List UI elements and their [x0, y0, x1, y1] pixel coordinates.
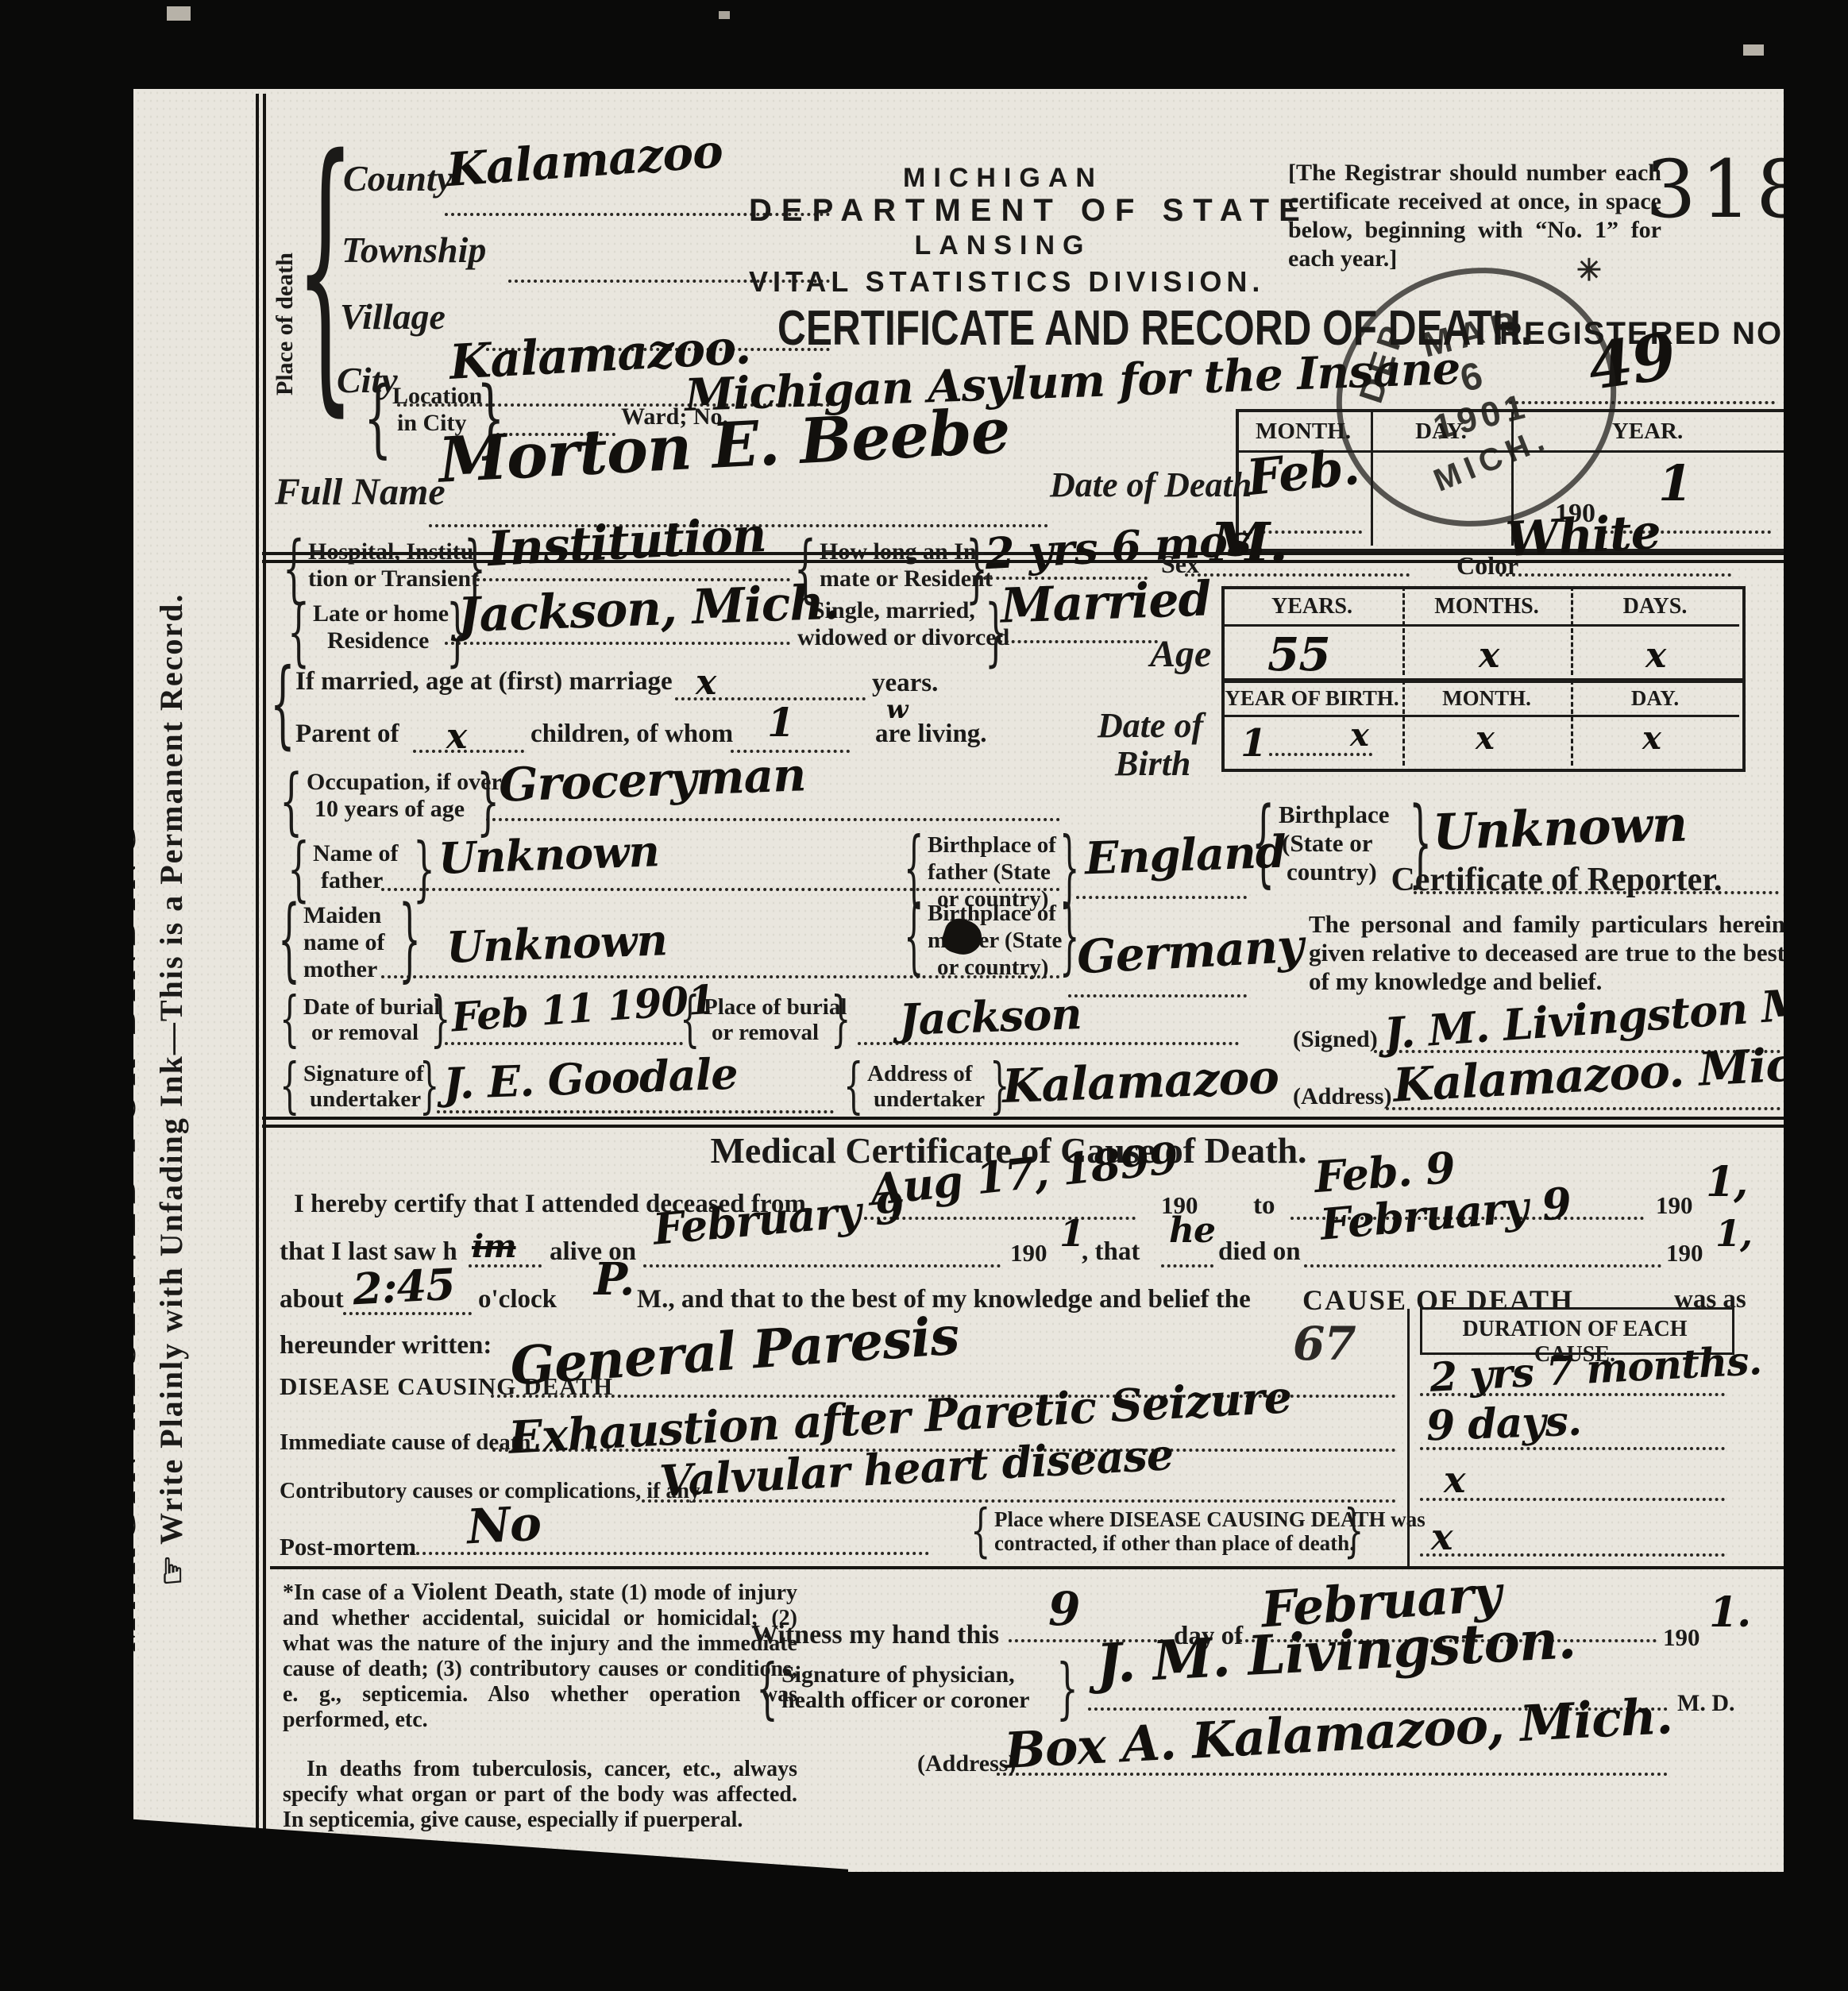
dob-label-l1: Date of	[1098, 705, 1203, 746]
undertaker-addr-label-l1: Address of	[867, 1061, 972, 1087]
occupation-label-l2: 10 years of age	[314, 796, 465, 823]
date-of-death-label: Date of Death	[1050, 465, 1252, 505]
burial-place-label-l1: Place of burial	[704, 994, 847, 1021]
duration-immediate: 9 days.	[1426, 1397, 1582, 1451]
medical-line2-190a: 190	[1010, 1239, 1047, 1268]
registrar-note: [The Registrar should number each certif…	[1288, 159, 1661, 273]
father-bp-label-l2: father (State	[928, 859, 1051, 886]
physician-brace-right: }	[1056, 1657, 1078, 1723]
burial-place-label-l2: or removal	[712, 1020, 819, 1046]
birthplace-label-l1: Birthplace	[1279, 801, 1390, 829]
medical-line1-190b: 190	[1656, 1191, 1693, 1220]
postmortem-value: No	[465, 1496, 542, 1556]
dotted-line	[486, 818, 1060, 821]
medical-line2-d: died on	[1218, 1237, 1301, 1267]
mother-label-l2: name of	[303, 929, 384, 956]
father-bp-value: England	[1084, 826, 1287, 886]
reporter-signed-label: (Signed)	[1293, 1026, 1378, 1053]
mother-bp-label-l1: Birthplace of	[928, 901, 1056, 927]
hospital-label-l1: Hospital, Institu-	[308, 538, 481, 565]
age-days-header: DAYS.	[1571, 594, 1739, 619]
death-ampm-value: P.	[594, 1253, 634, 1306]
mother-brace-right: }	[399, 896, 421, 986]
mother-label-l1: Maiden	[303, 902, 381, 929]
age-months-value: x	[1479, 635, 1499, 676]
dept-line4: VITAL STATISTICS DIVISION.	[749, 265, 1257, 299]
stamp-star-icon: ✳	[1576, 253, 1602, 288]
dotted-line	[1161, 1264, 1213, 1268]
dob-month-header: MONTH.	[1402, 686, 1571, 711]
occupation-brace-left: {	[280, 764, 303, 837]
full-name-label: Full Name	[275, 470, 446, 514]
scan-speck	[719, 11, 730, 19]
birthplace-value: Unknown	[1432, 794, 1688, 861]
scan-edge-top	[0, 0, 1848, 89]
pointing-hand-icon: ☞	[152, 1555, 193, 1586]
parent-label-a: Parent of	[295, 720, 399, 749]
township-label: Township	[341, 229, 486, 271]
undertaker-addr-label-l2: undertaker	[874, 1086, 985, 1113]
occupation-value: Groceryman	[498, 747, 807, 812]
place-contracted-mark: x	[1431, 1515, 1452, 1558]
burial-date-brace-left: {	[280, 990, 299, 1050]
dotted-line	[413, 750, 524, 753]
dob-month-value: x	[1476, 720, 1494, 757]
margin-permanent-record-text: Write Plainly with Unfading Ink—This is …	[152, 433, 190, 1545]
mother-bp-brace-left: {	[904, 896, 924, 978]
reporter-heading: Certificate of Reporter.	[1318, 861, 1795, 899]
parent-living-mark: w	[886, 694, 908, 724]
residence-label-l2: Residence	[327, 627, 429, 654]
disease-code: 67	[1293, 1317, 1356, 1371]
dob-label-l2: Birth	[1115, 743, 1190, 784]
inmate-label-l1: How long an In-	[820, 538, 985, 565]
age-days-value: x	[1645, 635, 1665, 676]
residence-label-l1: Late or home	[313, 600, 449, 627]
dob-day-value: x	[1642, 720, 1661, 757]
medical-line3-d: was as	[1674, 1285, 1746, 1314]
place-contracted-label-l2: contracted, if other than place of death…	[994, 1531, 1355, 1556]
undertaker-addr-value: Kalamazoo	[1001, 1050, 1279, 1113]
scan-edge-bottom	[0, 1872, 1848, 1991]
marriage-label-a: If married, age at (first) marriage	[295, 667, 673, 696]
dotted-line	[643, 1264, 1001, 1268]
physician-label-l1: Signature of physician,	[781, 1661, 1015, 1688]
last-saw-year: 1	[1059, 1212, 1084, 1255]
age-months-header: MONTHS.	[1402, 594, 1571, 619]
section-divider	[262, 1117, 1784, 1128]
witness-190: 190	[1663, 1623, 1700, 1652]
note-part-bold: Violent Death	[411, 1577, 557, 1605]
scan-speck	[1743, 44, 1764, 56]
medical-line2-190b: 190	[1666, 1239, 1703, 1268]
dotted-line	[1076, 896, 1247, 899]
birthplace-label-l2: (State or	[1282, 829, 1372, 858]
immediate-label: Immediate cause of death	[280, 1430, 531, 1456]
marriage-brace: {	[270, 656, 295, 751]
violent-death-note: *In case of a Violent Death, state (1) m…	[283, 1579, 797, 1733]
stamp-day: 6	[1456, 353, 1487, 401]
dob-year-mark: x	[1350, 716, 1368, 754]
witness-year-value: 1.	[1709, 1588, 1750, 1637]
dotted-line	[437, 1110, 834, 1113]
postmortem-label: Post-mortem	[280, 1533, 416, 1561]
mother-label-l3: mother	[303, 956, 377, 983]
village-label: Village	[340, 295, 446, 338]
undertaker-sig-brace-left: {	[280, 1056, 299, 1117]
occupation-brace-right: }	[476, 764, 500, 837]
dob-year-header: YEAR OF BIRTH.	[1221, 686, 1402, 711]
dotted-line	[445, 1042, 683, 1045]
parent-children-mark: x	[446, 716, 466, 757]
mother-bp-label-l3: or country)	[937, 955, 1048, 981]
undertaker-addr-brace-left: {	[843, 1056, 863, 1117]
age-years-value: 55	[1267, 627, 1330, 681]
footer-rule	[270, 1566, 1784, 1569]
county-label: County	[343, 157, 453, 199]
physician-brace-left: {	[756, 1657, 778, 1723]
undertaker-sig-label-l2: undertaker	[310, 1086, 421, 1113]
marriage-mark: x	[696, 662, 716, 703]
dob-year-value: 1	[1240, 721, 1266, 766]
dotted-line	[1499, 573, 1731, 577]
dotted-line	[1420, 1553, 1725, 1557]
note-part-a: *In case of a	[283, 1580, 411, 1605]
reporter-address-label: (Address)	[1293, 1083, 1391, 1110]
dod-year-value: 1	[1658, 454, 1692, 512]
last-saw-him-mark: im	[472, 1228, 516, 1265]
scan-speck	[167, 6, 191, 21]
certificate-title: CERTIFICATE AND RECORD OF DEATH.	[777, 300, 1248, 357]
md-suffix: M. D.	[1677, 1690, 1734, 1717]
medical-line3-b: o'clock	[478, 1285, 557, 1314]
undertaker-sig-label-l1: Signature of	[303, 1061, 424, 1087]
dob-day-header: DAY.	[1571, 686, 1739, 711]
mother-value: Unknown	[446, 914, 668, 973]
occupation-label-l1: Occupation, if over	[307, 769, 502, 796]
place-contracted-brace-right: }	[1344, 1503, 1364, 1560]
death-time-value: 2:45	[351, 1259, 456, 1315]
burial-date-brace-right: }	[430, 990, 450, 1050]
physician-label-l2: health officer or coroner	[781, 1687, 1029, 1714]
tuberculosis-note: In deaths from tuberculosis, cancer, etc…	[283, 1757, 797, 1833]
mother-brace-left: {	[278, 896, 300, 986]
attended-to-year: 1,	[1706, 1158, 1747, 1206]
dotted-line	[999, 640, 1158, 643]
dept-line2: DEPARTMENT OF STATE	[749, 193, 1257, 229]
death-certificate-scan: MARGIN RESERVED FOR BINDING Write Plainl…	[0, 0, 1848, 1991]
dotted-line	[1304, 1264, 1661, 1268]
witness-label-a: Witness my hand this	[751, 1620, 999, 1650]
died-on-year: 1,	[1715, 1212, 1752, 1255]
medical-line3-a: about	[280, 1285, 344, 1314]
dept-line1: MICHIGAN	[765, 163, 1241, 194]
father-label-l2: father	[321, 867, 383, 894]
witness-day-value: 9	[1048, 1582, 1079, 1636]
dotted-line	[1068, 994, 1247, 997]
burial-place-brace-right: }	[831, 990, 851, 1050]
marital-value: Married	[1000, 571, 1212, 634]
parent-living-value: 1	[767, 699, 794, 746]
color-value: White	[1504, 504, 1661, 568]
scan-edge-left	[0, 0, 133, 1991]
father-label-l1: Name of	[313, 840, 398, 867]
place-of-death-label: Place of death	[272, 141, 299, 395]
duration-contributory: x	[1444, 1458, 1464, 1501]
age-header-rule	[1221, 624, 1739, 627]
dotted-line	[1420, 1498, 1725, 1501]
scan-edge-right	[1784, 0, 1848, 1991]
location-brace-left: {	[364, 377, 392, 461]
sex-value: M.	[1210, 511, 1287, 575]
dob-header-rule	[1221, 715, 1739, 717]
burial-date-label-l2: or removal	[311, 1020, 419, 1046]
medical-line4: hereunder written:	[280, 1331, 492, 1360]
parent-label-b: children, of whom	[530, 720, 733, 749]
medical-line2-c: , that	[1082, 1237, 1140, 1267]
burial-date-label-l1: Date of burial	[303, 994, 440, 1021]
burial-place-value: Jackson	[898, 988, 1082, 1045]
died-he-mark: he	[1169, 1210, 1215, 1251]
father-bp-label-l1: Birthplace of	[928, 832, 1056, 859]
reporter-body: The personal and family particulars here…	[1309, 910, 1785, 996]
father-value: Unknown	[438, 825, 660, 884]
place-contracted-brace-left: {	[970, 1503, 990, 1560]
stamp-arc-text: DEP	[1352, 317, 1414, 407]
dod-month-value: Feb.	[1244, 438, 1362, 507]
age-label: Age	[1150, 632, 1211, 676]
dept-line3: LANSING	[765, 230, 1241, 261]
undertaker-sig-value: J. E. Goodale	[442, 1048, 738, 1109]
binding-double-rule	[256, 94, 266, 1837]
medical-line1-to: to	[1253, 1191, 1275, 1221]
undertaker-sig-brace-right: }	[419, 1056, 439, 1117]
age-years-header: YEARS.	[1221, 594, 1402, 619]
physician-address-label: (Address)	[917, 1750, 1016, 1777]
hospital-label-l2: tion or Transient	[308, 565, 479, 592]
cause-of-death-caps: CAUSE OF DEATH	[1302, 1283, 1574, 1317]
